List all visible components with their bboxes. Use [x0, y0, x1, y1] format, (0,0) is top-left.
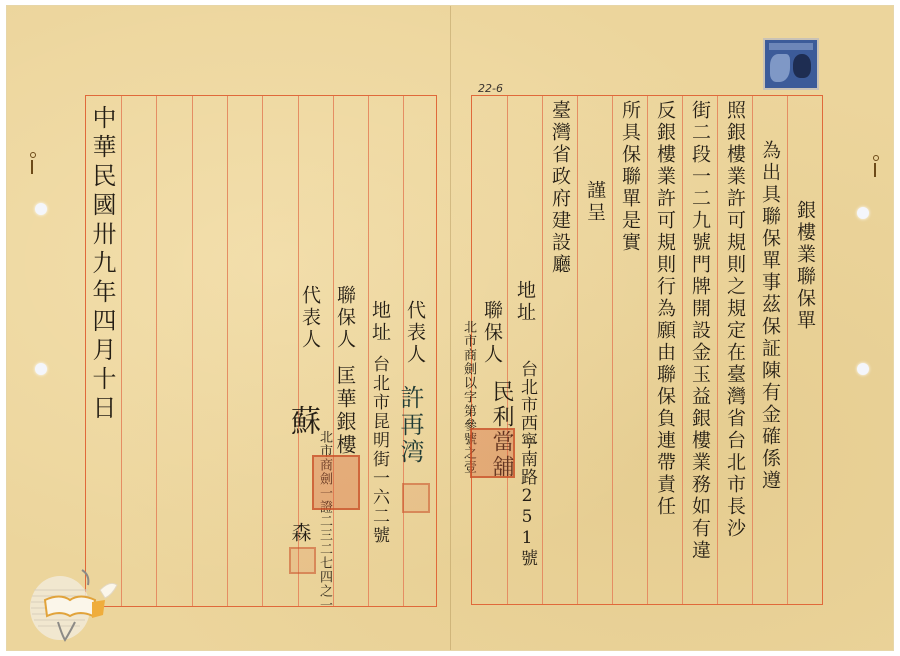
representative2-given-name: 森	[290, 522, 310, 545]
document-title: 銀樓業聯保單	[795, 200, 814, 332]
binding-hole	[857, 363, 869, 375]
body-line-1: 為出具聯保單事茲保証陳有金確係遵	[760, 140, 779, 492]
left-guarantor-seal	[312, 455, 360, 510]
representative-label: 代表人	[405, 300, 424, 366]
representative-seal	[402, 483, 430, 513]
document-date: 中華民國卅九年四月十日	[90, 105, 114, 424]
stamp-portrait-icon	[793, 54, 811, 78]
guarantor-address: 台北市西寧南路251號	[518, 360, 535, 567]
body-line-4: 反銀樓業許可規則行為願由聯保負連帶責任	[655, 100, 674, 518]
archive-logo-icon	[20, 560, 120, 645]
left-guarantor-name: 匡華銀樓	[335, 365, 355, 457]
closing-salutation: 謹呈	[585, 180, 604, 224]
revenue-stamp	[763, 38, 819, 90]
binding-hole	[35, 363, 47, 375]
binding-pin-icon	[30, 152, 34, 178]
reference-number: 22-6	[478, 82, 503, 95]
guarantor-address-label: 地址	[515, 280, 534, 324]
page-fold	[450, 6, 451, 650]
representative2-seal	[289, 547, 316, 574]
address: 台北市昆明街一六二號	[370, 355, 387, 545]
binding-hole	[35, 203, 47, 215]
binding-hole	[857, 207, 869, 219]
left-guarantor-label: 聯保人	[335, 285, 354, 351]
address-label: 地址	[370, 300, 389, 344]
representative2-surname: 蘇	[287, 405, 317, 438]
body-line-5: 所具保聯單是實	[620, 100, 639, 254]
representative-name: 許再湾	[398, 385, 422, 466]
stamp-map-icon	[770, 54, 790, 82]
guarantor-seal	[470, 428, 515, 478]
addressee: 臺灣省政府建設廳	[550, 100, 569, 276]
representative2-label: 代表人	[300, 285, 319, 351]
body-line-2: 照銀樓業許可規則之規定在臺灣省台北市長沙	[725, 100, 744, 540]
stamp-banner	[769, 43, 813, 50]
body-line-3: 街二段一二九號門牌開設金玉益銀樓業務如有違	[690, 100, 709, 562]
guarantor-label: 聯保人	[482, 300, 501, 366]
binding-pin-icon	[873, 155, 877, 181]
